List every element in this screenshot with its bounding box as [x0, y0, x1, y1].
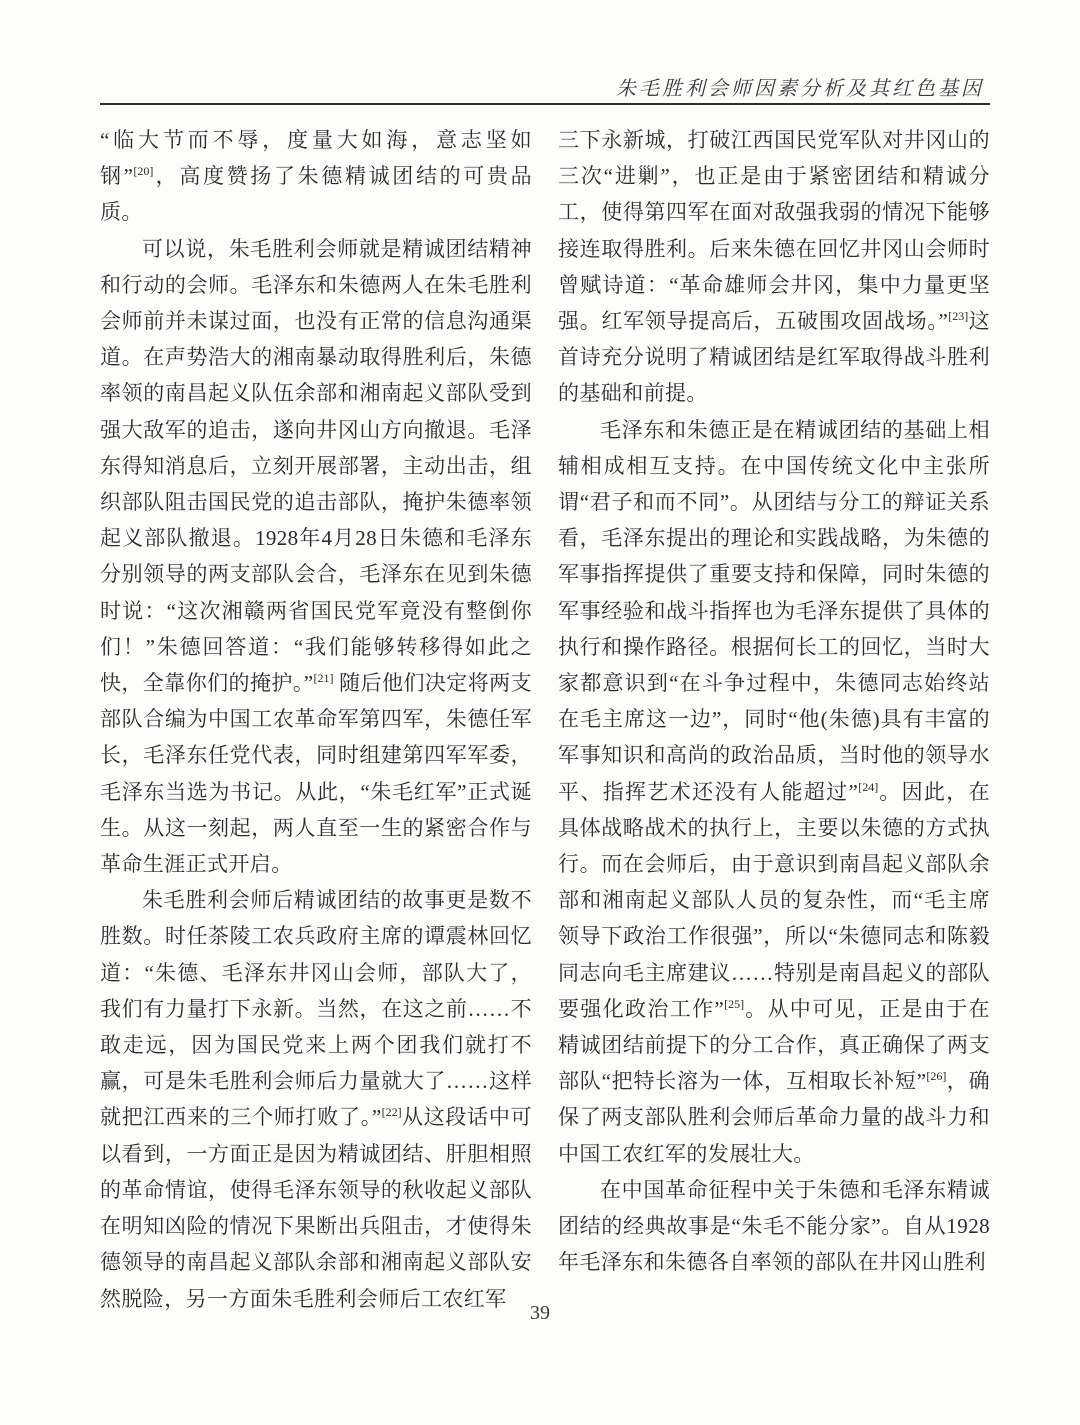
running-head-title: 朱毛胜利会师因素分析及其红色基因 — [616, 72, 984, 101]
footnote-ref: [21] — [314, 671, 334, 685]
footnote-ref: [24] — [858, 780, 878, 794]
page-number: 39 — [530, 1302, 550, 1324]
footnote-ref: [26] — [926, 1069, 946, 1083]
paragraph: “临大节而不辱，度量大如海，意志坚如钢”[20]，高度赞扬了朱德精诚团结的可贵品… — [100, 122, 532, 231]
paragraph: 可以说，朱毛胜利会师就是精诚团结精神和行动的会师。毛泽东和朱德两人在朱毛胜利会师… — [100, 231, 532, 883]
paragraph: 朱毛胜利会师后精诚团结的故事更是数不胜数。时任茶陵工农兵政府主席的谭震林回忆道：… — [100, 882, 532, 1316]
footnote-ref: [22] — [382, 1105, 402, 1119]
paragraph: 三下永新城，打破江西国民党军队对井冈山的三次“进剿”，也正是由于紧密团结和精诚分… — [558, 122, 990, 412]
document-page: 朱毛胜利会师因素分析及其红色基因 “临大节而不辱，度量大如海，意志坚如钢”[20… — [0, 0, 1080, 1425]
page-footer: 39 — [0, 1302, 1080, 1325]
body-columns: “临大节而不辱，度量大如海，意志坚如钢”[20]，高度赞扬了朱德精诚团结的可贵品… — [100, 122, 990, 1317]
footnote-ref: [25] — [724, 997, 744, 1011]
footnote-ref: [20] — [133, 164, 153, 178]
paragraph: 毛泽东和朱德正是在精诚团结的基础上相辅相成相互支持。在中国传统文化中主张所谓“君… — [558, 412, 990, 1172]
text-column-left: “临大节而不辱，度量大如海，意志坚如钢”[20]，高度赞扬了朱德精诚团结的可贵品… — [100, 122, 532, 1317]
header-rule — [100, 103, 990, 105]
footnote-ref: [23] — [948, 309, 968, 323]
text-column-right: 三下永新城，打破江西国民党军队对井冈山的三次“进剿”，也正是由于紧密团结和精诚分… — [558, 122, 990, 1317]
paragraph: 在中国革命征程中关于朱德和毛泽东精诚团结的经典故事是“朱毛不能分家”。自从192… — [558, 1172, 990, 1281]
